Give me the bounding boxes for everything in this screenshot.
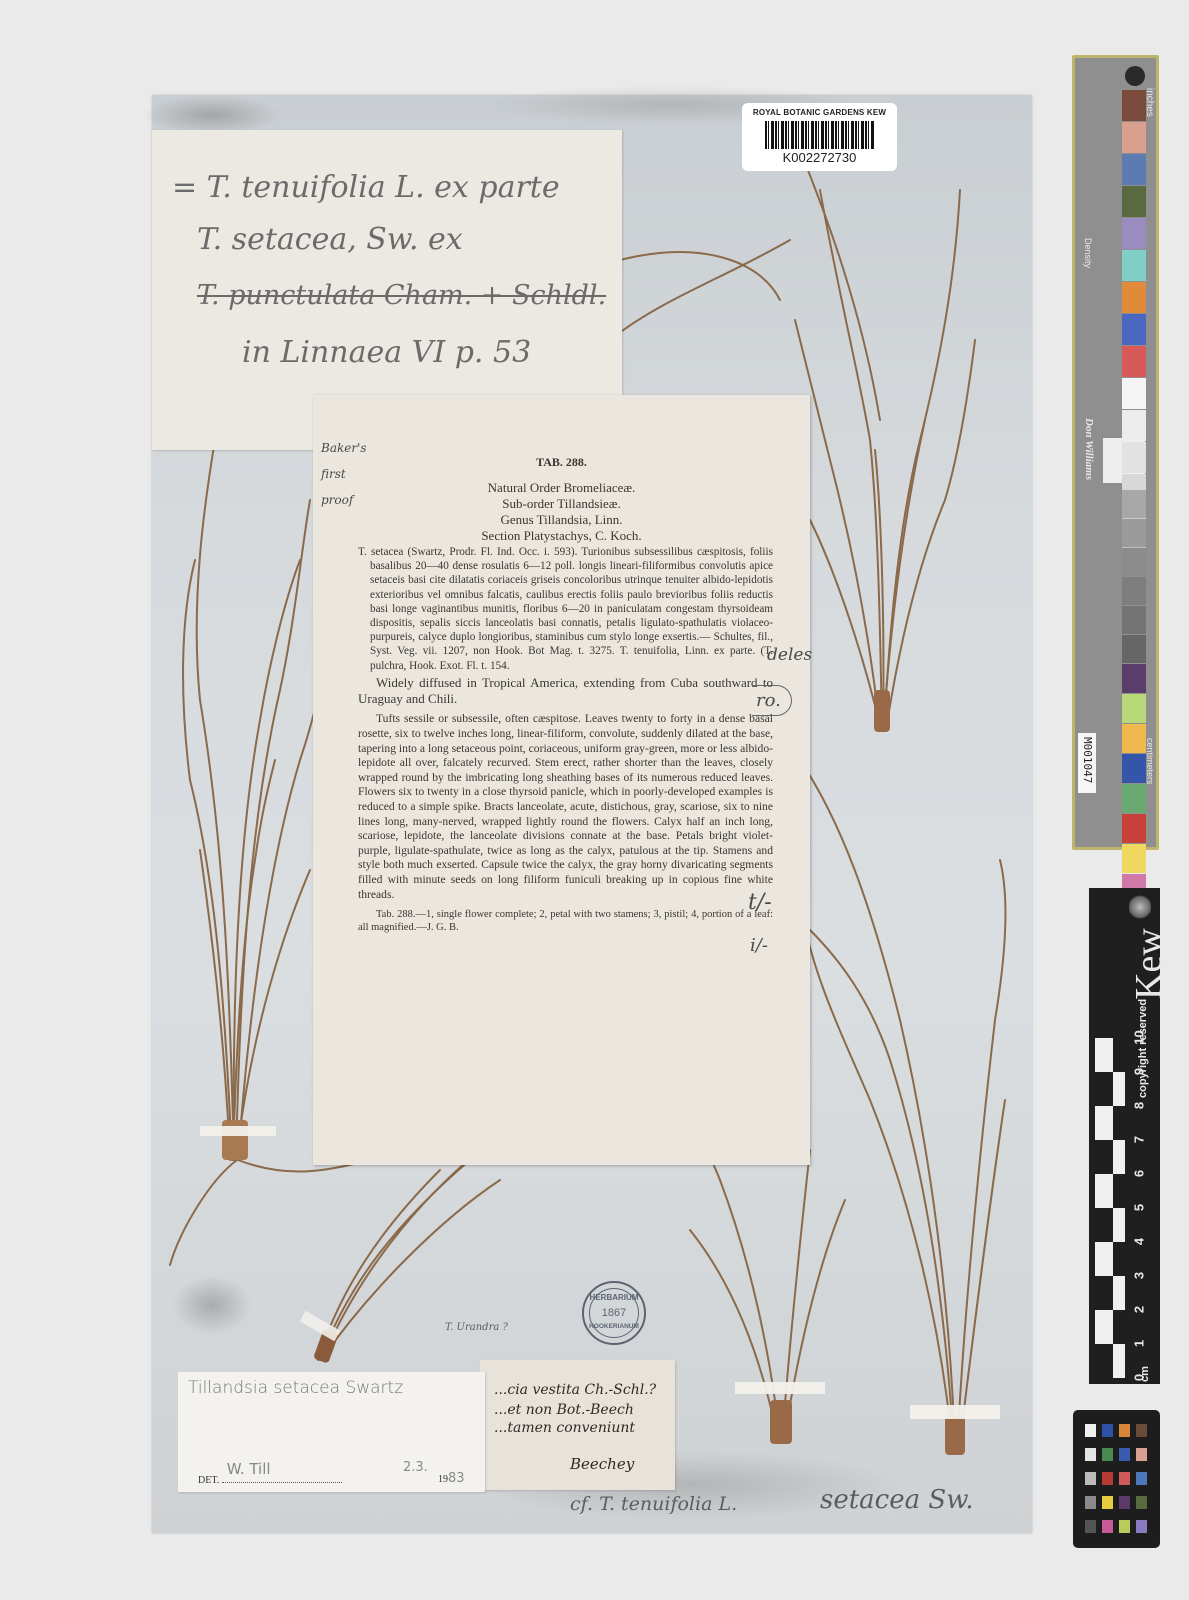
color-checker-card xyxy=(1073,1410,1160,1548)
margin-note-ro: ro. xyxy=(752,685,792,716)
color-swatch xyxy=(1122,442,1146,473)
margin-note-deles: deles xyxy=(767,645,812,665)
color-swatch xyxy=(1122,250,1146,281)
calibration-dot xyxy=(1125,66,1145,86)
color-swatch xyxy=(1122,664,1146,693)
checker-patch xyxy=(1085,1424,1096,1437)
color-swatch xyxy=(1122,410,1146,441)
checker-patch xyxy=(1136,1448,1147,1461)
stamp-year: 1867 xyxy=(584,1307,644,1319)
stamp-top: HERBARIUM xyxy=(584,1293,644,1302)
color-swatch xyxy=(1122,784,1146,813)
collector-signature: Beechey xyxy=(570,1455,634,1473)
checker-patch xyxy=(1119,1520,1130,1533)
checker-patch xyxy=(1102,1496,1113,1509)
setacea-note: setacea Sw. xyxy=(820,1485,974,1515)
checker-patch xyxy=(1085,1472,1096,1485)
color-swatch xyxy=(1122,694,1146,723)
color-swatch xyxy=(1122,844,1146,873)
margin-note-tl: t/- xyxy=(748,890,772,915)
section: Section Platystachys, C. Koch. xyxy=(313,528,810,544)
collector-label: ...cia vestita Ch.-Schl.? ...et non Bot.… xyxy=(480,1360,675,1490)
gray-swatch xyxy=(1122,519,1146,547)
small-sheet-note: T. Urandra ? xyxy=(445,1322,508,1333)
distribution: Widely diffused in Tropical America, ext… xyxy=(358,675,773,707)
ruler-segment xyxy=(1095,1208,1125,1242)
royal-crest-icon xyxy=(1129,894,1151,920)
ruler-segment xyxy=(1095,1310,1125,1344)
color-swatch xyxy=(1122,346,1146,377)
checker-patch xyxy=(1085,1520,1096,1533)
year-prefix: 19 xyxy=(438,1474,448,1485)
checker-patch xyxy=(1119,1448,1130,1461)
ruler-segment xyxy=(1095,1072,1125,1106)
checker-patch xyxy=(1119,1496,1130,1509)
sub-order: Sub-order Tillandsieæ. xyxy=(313,496,810,512)
kew-logo: Kew xyxy=(1127,928,1171,1000)
genus: Genus Tillandsia, Linn. xyxy=(313,512,810,528)
gray-swatch xyxy=(1122,635,1146,663)
english-description: Tufts sessile or subsessile, often cæspi… xyxy=(358,712,773,902)
barcode-number: K002272730 xyxy=(742,150,897,165)
checker-patch xyxy=(1085,1496,1096,1509)
latin-description: T. setacea (Swartz, Prodr. Fl. Ind. Occ.… xyxy=(358,545,773,673)
collector-line-2: ...et non Bot.-Beech xyxy=(494,1402,634,1418)
ruler-segment xyxy=(1095,1174,1125,1208)
ruler-tick-label: 8 xyxy=(1132,1096,1147,1116)
note-line-2: T. setacea, Sw. ex xyxy=(197,222,463,257)
color-swatch xyxy=(1122,218,1146,249)
gray-swatch xyxy=(1122,606,1146,634)
determination-label: Tillandsia setacea Swartz DET. W. Till 2… xyxy=(178,1372,485,1492)
checker-patch xyxy=(1119,1424,1130,1437)
printed-description-page: Baker's first proof TAB. 288. Natural Or… xyxy=(313,395,810,1165)
checker-patch xyxy=(1136,1472,1147,1485)
ruler-tick-label: 2 xyxy=(1132,1300,1147,1320)
color-swatch xyxy=(1122,186,1146,217)
ruler-segment xyxy=(1095,1038,1125,1072)
ruler-segment xyxy=(1095,1140,1125,1174)
cf-note: cf. T. tenuifolia L. xyxy=(570,1493,737,1515)
plate-caption: Tab. 288.—1, single flower complete; 2, … xyxy=(358,908,773,934)
checker-patch xyxy=(1085,1448,1096,1461)
gray-swatch xyxy=(1122,577,1146,605)
ruler-tick-label: 7 xyxy=(1132,1130,1147,1150)
ruler-segment xyxy=(1095,1344,1125,1378)
gray-swatch xyxy=(1122,548,1146,576)
ruler-tick-label: 10 xyxy=(1132,1028,1147,1048)
ruler-segment xyxy=(1095,1276,1125,1310)
color-bar-id-label: M001047 xyxy=(1078,733,1096,793)
determined-taxon: Tillandsia setacea Swartz xyxy=(188,1378,403,1398)
checker-patch xyxy=(1102,1448,1113,1461)
color-swatch xyxy=(1122,90,1146,121)
brand-label: Don Williams xyxy=(1083,418,1095,480)
collector-line-1: ...cia vestita Ch.-Schl.? xyxy=(494,1382,656,1398)
ruler-tick-label: 9 xyxy=(1132,1062,1147,1082)
ruler-tick-label: 1 xyxy=(1132,1334,1147,1354)
ruler-tick-label: 5 xyxy=(1132,1198,1147,1218)
kew-scale-bar: Kew copyright reserved cm 012345678910 xyxy=(1089,888,1160,1384)
checker-patch xyxy=(1102,1424,1113,1437)
note-line-3: T. punctulata Cham. + Schldl. xyxy=(197,280,606,311)
det-date: 2.3. xyxy=(403,1460,428,1475)
checker-patch xyxy=(1136,1424,1147,1437)
color-swatch xyxy=(1122,154,1146,185)
sheet-stain xyxy=(142,95,282,135)
color-swatch xyxy=(1122,378,1146,409)
checker-patch xyxy=(1119,1472,1130,1485)
barcode-icon xyxy=(765,121,875,149)
color-swatch xyxy=(1122,122,1146,153)
checker-patch xyxy=(1136,1496,1147,1509)
color-bar-id: M001047 xyxy=(1081,737,1094,783)
color-swatch xyxy=(1122,754,1146,783)
gray-swatch xyxy=(1122,490,1146,518)
note-line-1: = T. tenuifolia L. ex parte xyxy=(172,170,560,205)
ruler-tick-label: 0 xyxy=(1132,1368,1147,1388)
det-prefix: DET. xyxy=(198,1475,219,1486)
checker-patch xyxy=(1102,1472,1113,1485)
institution-name: ROYAL BOTANIC GARDENS KEW xyxy=(742,108,897,117)
herbarium-stamp: HERBARIUM 1867 HOOKERIANUM xyxy=(582,1281,646,1345)
density-label: Density xyxy=(1083,238,1093,268)
ruler-segment xyxy=(1095,1242,1125,1276)
ruler-tick-label: 4 xyxy=(1132,1232,1147,1252)
margin-note-il: i/- xyxy=(750,935,768,956)
ruler-tick-label: 3 xyxy=(1132,1266,1147,1286)
collector-line-3: ...tamen conveniunt xyxy=(494,1420,635,1436)
checker-patch xyxy=(1136,1520,1147,1533)
copyright-text: copyright reserved xyxy=(1137,999,1149,1098)
sheet-stain xyxy=(172,1275,252,1335)
note-line-4: in Linnaea VI p. 53 xyxy=(242,335,531,370)
barcode-label: ROYAL BOTANIC GARDENS KEW K002272730 xyxy=(742,103,897,171)
ruler-tick-label: 6 xyxy=(1132,1164,1147,1184)
plate-number: TAB. 288. xyxy=(313,455,810,470)
natural-order: Natural Order Bromeliaceæ. xyxy=(313,480,810,496)
color-swatch xyxy=(1122,314,1146,345)
stamp-bottom: HOOKERIANUM xyxy=(584,1323,644,1330)
ruler-segment xyxy=(1095,1106,1125,1140)
centimeters-label: centimeters xyxy=(1145,738,1155,785)
color-swatch xyxy=(1122,282,1146,313)
year-suffix: 83 xyxy=(448,1471,465,1486)
cm-ruler xyxy=(1095,1036,1125,1378)
color-swatch xyxy=(1122,814,1146,843)
determiner-name: W. Till xyxy=(227,1460,271,1478)
color-swatch xyxy=(1122,724,1146,753)
checker-patch xyxy=(1102,1520,1113,1533)
color-calibration-bar: inches centimeters Density Don Williams … xyxy=(1072,55,1159,850)
